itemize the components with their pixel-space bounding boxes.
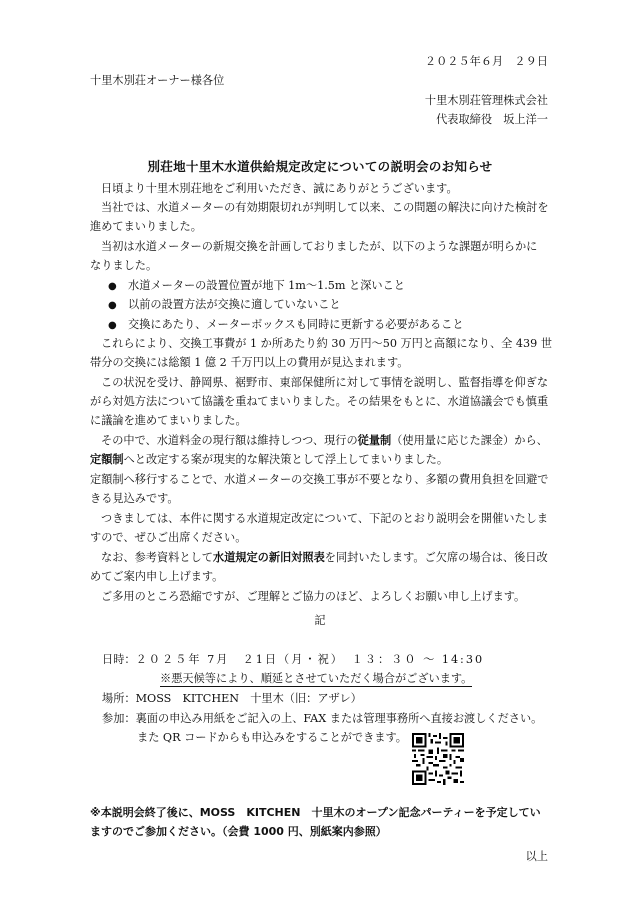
paragraph-cost-2: 帯分の交換には総額 1 億 2 千万円以上の費用が見込まれます。 [90,356,550,370]
paragraph-plan-2: なりました。 [90,259,550,273]
paragraph-proposal-1: その中で、水道料金の現行額は維持しつつ、現行の従量制（使用量に応じた課金）から、 [90,434,561,448]
paragraph-consult-3: に議論を進めてまいりました。 [90,414,550,428]
join-value: 裏面の申込み用紙をご記入の上、FAX または管理事務所へ直接お渡しください。 [136,712,543,725]
join-row: 参加：裏面の申込み用紙をご記入の上、FAX または管理事務所へ直接お渡しください… [102,710,542,726]
bullet-icon: ● [108,299,128,313]
paragraph-benefit-2: きる見込みです。 [90,492,550,506]
paragraph-background-2: 進めてまいりました。 [90,220,550,234]
sender-company: 十里木別荘管理株式会社 [425,92,548,108]
paragraph-consult-1: この状況を受け、静岡県、裾野市、東部保健所に対して事情を説明し、監督指導を仰ぎな [90,376,561,390]
place-row: 場所：MOSS KITCHEN 十里木（旧：アザレ） [102,690,362,706]
datetime-label: 日時： [102,653,136,666]
recipient: 十里木別荘オーナー様各位 [90,72,224,88]
letter-page: ２０２５年６月 ２９日 十里木別荘オーナー様各位 十里木別荘管理株式会社 代表取… [0,0,640,905]
paragraph-benefit-1: 定額制へ移行することで、水道メーターの交換工事が不要となり、多額の費用負担を回避… [90,473,550,487]
datetime-row: 日時：２０２５年 7月 ２1日（月・祝） １３：３０ ～ 14:30 [102,651,484,667]
datetime-value: ２０２５年 7月 ２1日（月・祝） １３：３０ ～ 14:30 [136,653,484,666]
issue-list-item: ●水道メーターの設置位置が地下 1m～1.5m と深いこと [108,279,405,294]
party-notice-1: ※本説明会終了後に、MOSS KITCHEN 十里木のオープン記念パーティーを予… [90,806,550,820]
paragraph-background-1: 当社では、水道メーターの有効期限切れが判明して以来、この問題の解決に向けた検討を [90,201,561,215]
letter-date: ２０２５年６月 ２９日 [425,53,548,69]
paragraph-meeting-1: つきましては、本件に関する水道規定改定について、下記のとおり説明会を開催いたしま [90,512,561,526]
bullet-icon: ● [108,319,128,333]
highlight-comparison-table: 水道規定の新旧対照表 [213,551,325,564]
paragraph-plan-1: 当初は水道メーターの新規交換を計画しておりましたが、以下のような課題が明らかに [90,240,561,254]
paragraph-meeting-2: すので、ぜひご出席ください。 [90,531,550,545]
paragraph-closing: ご多用のところ恐縮ですが、ご理解とご協力のほど、よろしくお願い申し上げます。 [90,590,561,604]
ki-heading: 記 [0,612,640,628]
closing-ijou: 以上 [526,848,548,864]
sender-person: 代表取締役 坂上洋一 [436,111,548,127]
paragraph-greeting: 日頃より十里木別荘地をご利用いただき、誠にありがとうございます。 [90,182,561,196]
party-notice-2: ますのでご参加ください。（会費 1000 円、別紙案内参照） [90,825,550,839]
bullet-icon: ● [108,280,128,294]
highlight-flat-rate: 定額制 [90,453,124,466]
place-value: MOSS KITCHEN 十里木（旧：アザレ） [136,692,362,705]
paragraph-proposal-2: 定額制へと改定する案が現実的な解決策として浮上してまいりました。 [90,453,550,467]
place-label: 場所： [102,692,136,705]
page-title: 別荘地十里木水道供給規定改定についての説明会のお知らせ [0,157,640,175]
join-qr-text: また QR コードからも申込みをすることができます。 [137,729,407,745]
paragraph-reference-2: めてご案内申し上げます。 [90,570,550,584]
issue-list-item: ●交換にあたり、メーターボックスも同時に更新する必要があること [108,318,464,333]
paragraph-reference-1: なお、参考資料として水道規定の新旧対照表を同封いたします。ご欠席の場合は、後日改 [90,551,561,565]
weather-note: ※悪天候等により、順延とさせていただく場合がございます。 [160,670,472,686]
join-label: 参加： [102,712,136,725]
highlight-metered: 従量制 [358,434,392,447]
issue-list-item: ●以前の設置方法が交換に適していないこと [108,298,341,313]
paragraph-consult-2: がら対処方法について協議を重ねてまいりました。その結果をもとに、水道協議会でも慎… [90,395,550,409]
paragraph-cost-1: これらにより、交換工事費が 1 か所あたり約 30 万円～50 万円と高額になり… [90,337,561,351]
qr-code-icon[interactable] [412,733,464,785]
